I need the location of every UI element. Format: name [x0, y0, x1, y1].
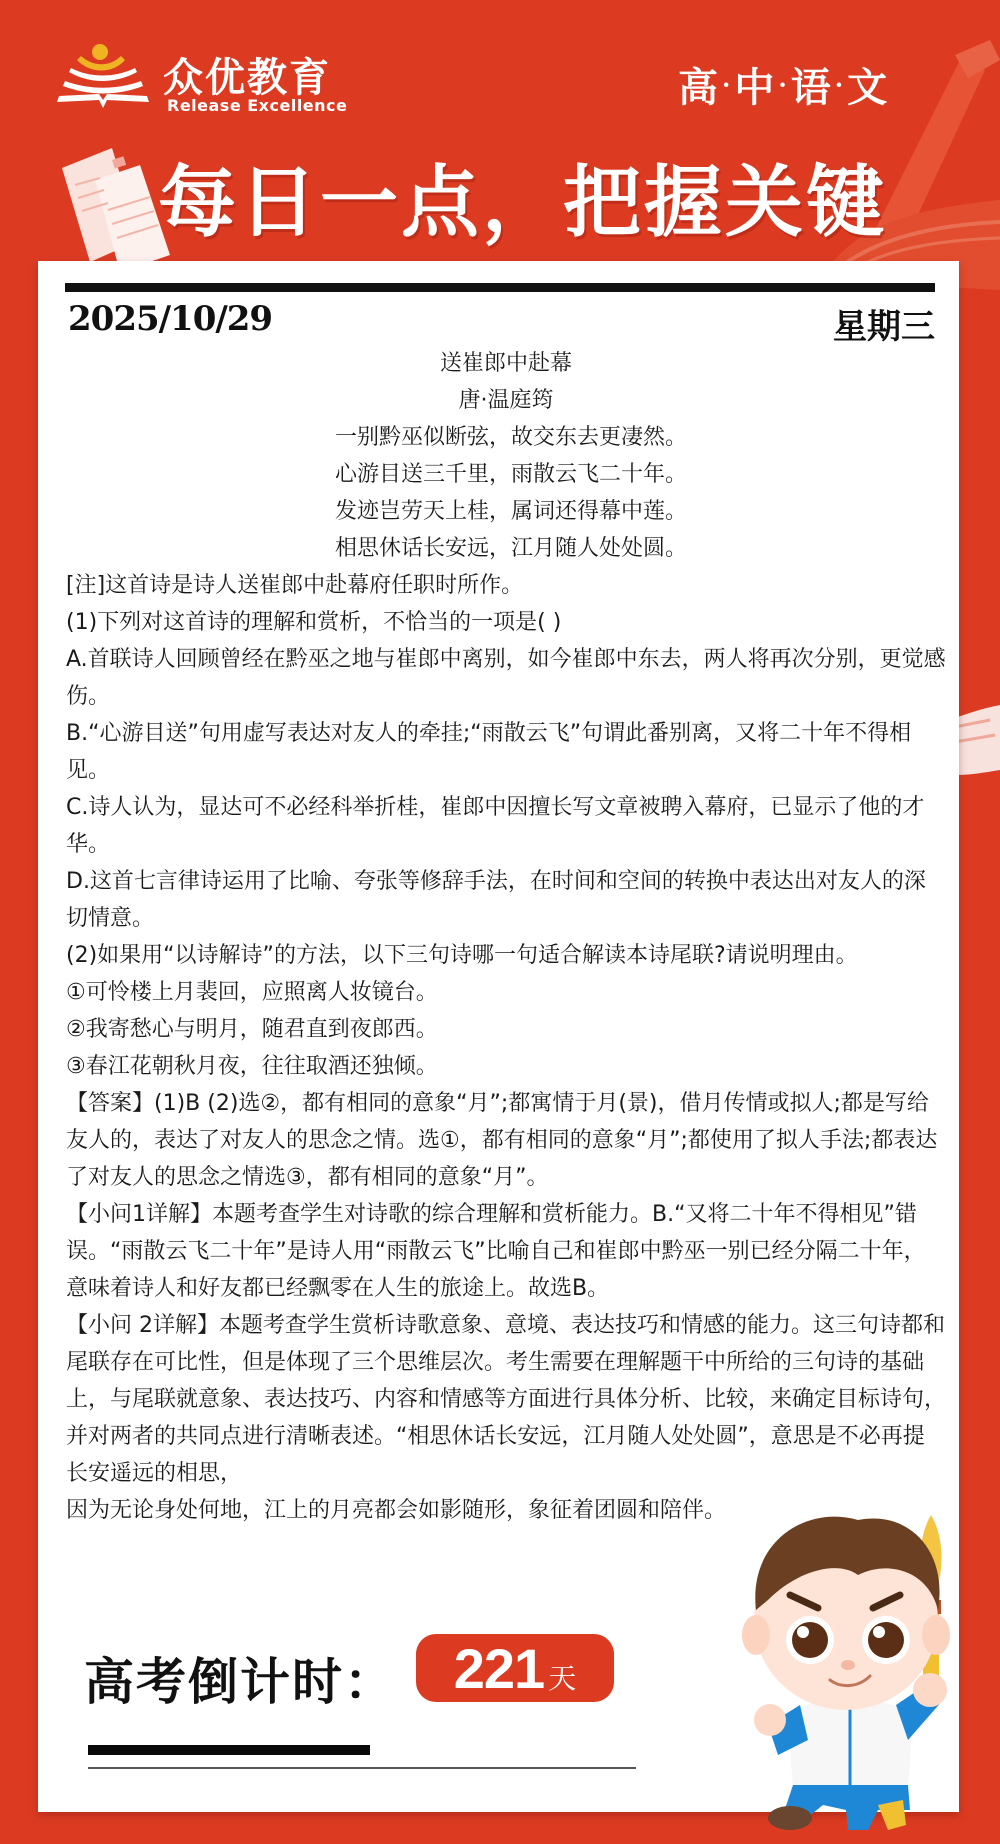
explanation-2: 【小问 2详解】本题考查学生赏析诗歌意象、意境、表达技巧和情感的能力。这三句诗都…: [66, 1307, 946, 1492]
book-sun-logo-icon: [55, 42, 155, 117]
choice-1: ①可怜楼上月裴回，应照离人妆镜台。: [66, 974, 946, 1011]
option-b: B.“心游目送”句用虚写表达对友人的牵挂;“雨散云飞”句谓此番别离，又将二十年不…: [66, 715, 946, 789]
top-rule: [65, 283, 935, 292]
brand-slogan: Release Excellence: [167, 96, 347, 115]
exam-papers-icon: [62, 148, 170, 272]
date: 2025/10/29: [68, 299, 272, 339]
headline: 每日一点，把握关键: [158, 140, 887, 252]
answer: 【答案】(1)B (2)选②，都有相同的意象“月”;都寓情于月(景)，借月传情或…: [66, 1085, 946, 1196]
choice-2: ②我寄愁心与明月，随君直到夜郎西。: [66, 1011, 946, 1048]
choice-3: ③春江花朝秋月夜，往往取酒还独倾。: [66, 1048, 946, 1085]
question-content: 送崔郎中赴幕 唐·温庭筠 一别黔巫似断弦，故交东去更凄然。 心游目送三千里，雨散…: [66, 345, 946, 1529]
countdown-unit: 天: [548, 1657, 576, 1697]
poem-line: 一别黔巫似断弦，故交东去更凄然。: [66, 419, 946, 456]
weekday: 星期三: [833, 299, 935, 348]
explanation-2-tail: 因为无论身处何地，江上的月亮都会如影随形，象征着团圆和陪伴。: [66, 1492, 746, 1529]
countdown-days: 221: [454, 1636, 544, 1701]
poem-title: 送崔郎中赴幕: [66, 345, 946, 382]
subject-title: 高·中·语·文: [678, 56, 888, 113]
explanation-1: 【小问1详解】本题考查学生对诗歌的综合理解和赏析能力。B.“又将二十年不得相见”…: [66, 1196, 946, 1307]
poem-line: 心游目送三千里，雨散云飞二十年。: [66, 456, 946, 493]
question2-stem: (2)如果用“以诗解诗”的方法，以下三句诗哪一句适合解读本诗尾联?请说明理由。: [66, 937, 946, 974]
option-c: C.诗人认为，显达可不必经科举折桂，崔郎中因擅长写文章被聘入幕府，已显示了他的才…: [66, 789, 946, 863]
countdown-badge: 221 天: [416, 1634, 614, 1702]
countdown-label: 高考倒计时：: [84, 1642, 396, 1714]
student-mascot-icon: [728, 1500, 968, 1830]
bottom-rule-thick: [88, 1745, 370, 1755]
brand-logo: 众优教育 Release Excellence: [55, 42, 355, 117]
option-d: D.这首七言律诗运用了比喻、夸张等修辞手法，在时间和空间的转换中表达出对友人的深…: [66, 863, 946, 937]
question1-stem: (1)下列对这首诗的理解和赏析，不恰当的一项是( ): [66, 604, 946, 641]
option-a: A.首联诗人回顾曾经在黔巫之地与崔郎中离别，如今崔郎中东去，两人将再次分别，更觉…: [66, 641, 946, 715]
poem-line: 发迹岂劳天上桂，属词还得幕中莲。: [66, 493, 946, 530]
poem-line: 相思休话长安远，江月随人处处圆。: [66, 530, 946, 567]
brand-name: 众优教育: [163, 46, 331, 103]
bottom-rule-thin: [88, 1767, 636, 1769]
poem-author: 唐·温庭筠: [66, 382, 946, 419]
poem-note: [注]这首诗是诗人送崔郎中赴幕府任职时所作。: [66, 567, 946, 604]
